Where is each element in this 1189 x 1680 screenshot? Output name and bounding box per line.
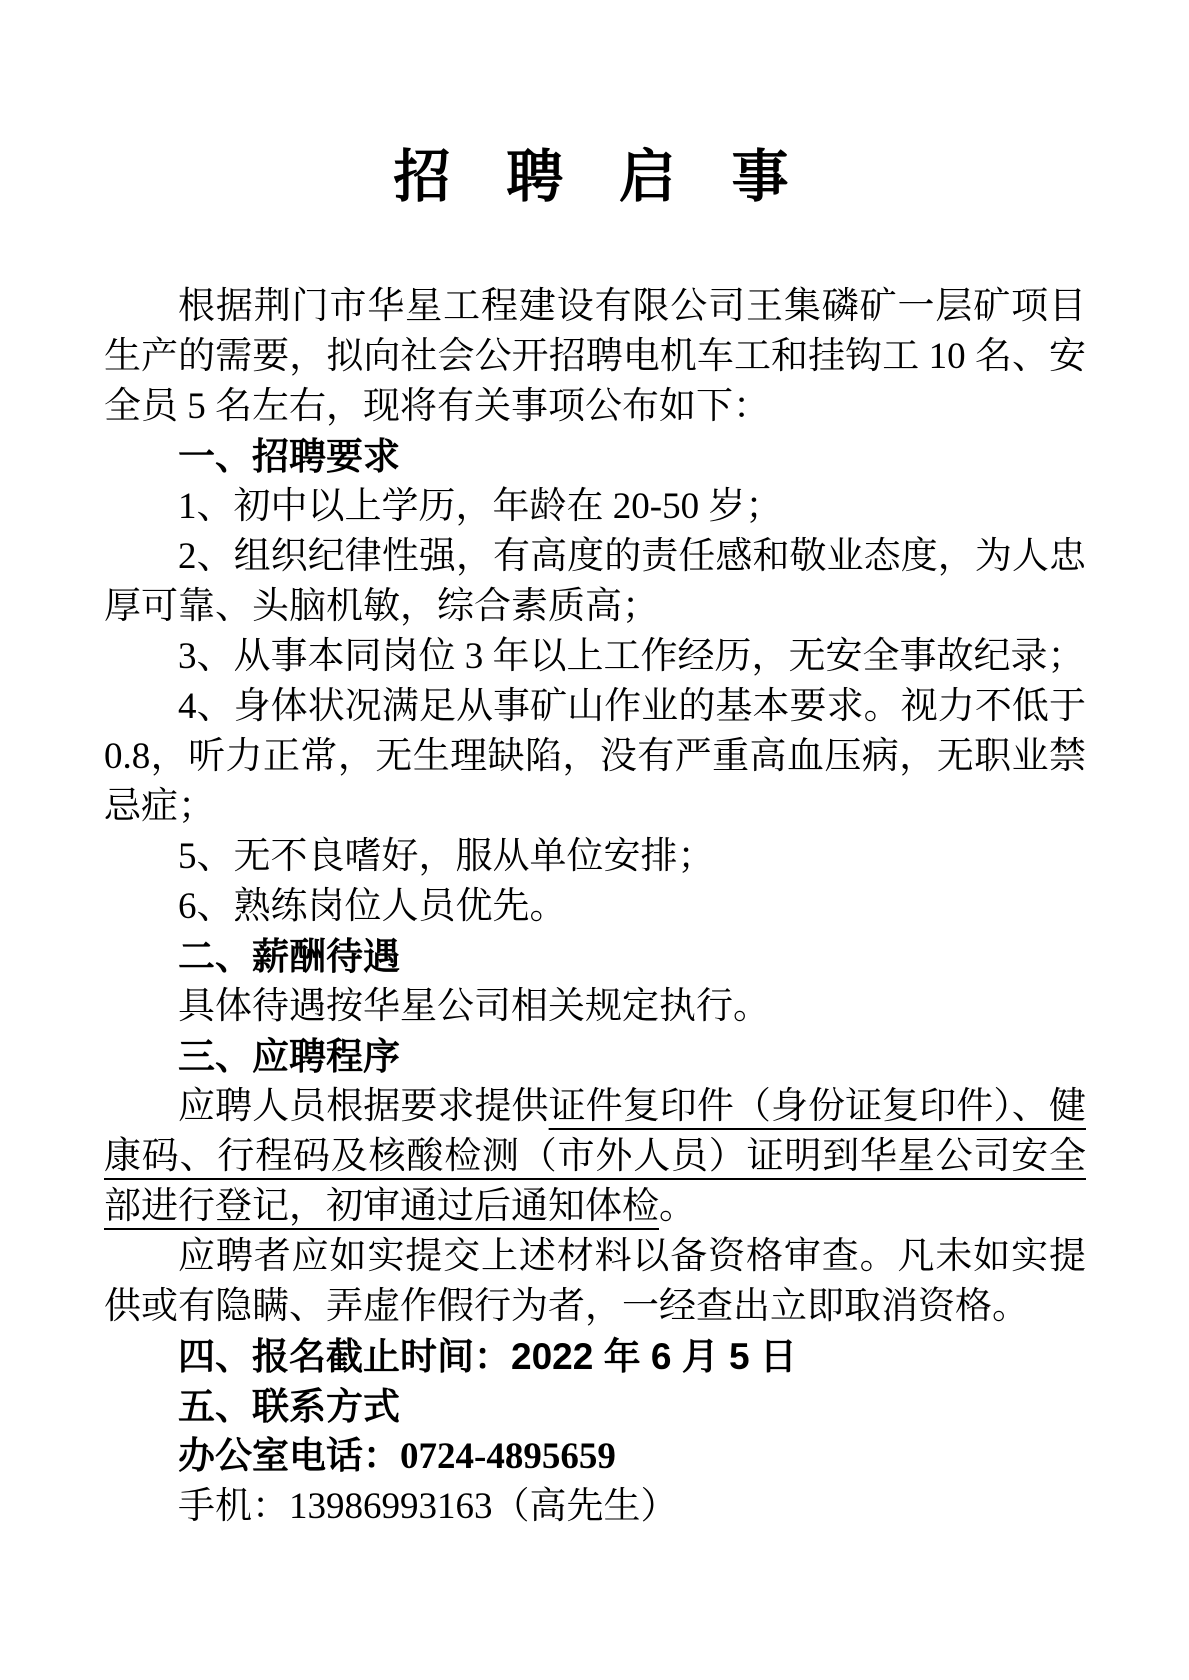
requirement-item-3: 3、从事本同岗位 3 年以上工作经历，无安全事故纪录； [104,632,1086,682]
requirement-item-5: 5、无不良嗜好，服从单位安排； [104,832,1086,882]
procedure-tail-text: 。 [659,1186,696,1227]
mobile-phone-line: 手机：13986993163（高先生） [104,1482,1086,1532]
requirement-item-6: 6、熟练岗位人员优先。 [104,882,1086,932]
section4-heading-deadline: 四、报名截止时间：2022 年 6 月 5 日 [104,1332,1086,1382]
section1-heading: 一、招聘要求 [104,432,1086,482]
section2-heading: 二、薪酬待遇 [104,932,1086,982]
intro-paragraph: 根据荆门市华星工程建设有限公司王集磷矿一层矿项目生产的需要，拟向社会公开招聘电机… [104,282,1086,432]
document-title: 招 聘 启 事 [104,146,1086,208]
section3-heading: 三、应聘程序 [104,1032,1086,1082]
review-paragraph: 应聘者应如实提交上述材料以备资格审查。凡未如实提供或有隐瞒、弄虚作假行为者，一经… [104,1232,1086,1332]
salary-paragraph: 具体待遇按华星公司相关规定执行。 [104,982,1086,1032]
office-phone-line: 办公室电话：0724-4895659 [104,1432,1086,1482]
procedure-lead-text: 应聘人员根据要求提供 [178,1086,549,1127]
requirement-item-1: 1、初中以上学历，年龄在 20-50 岁； [104,482,1086,532]
document-page: 招 聘 启 事 根据荆门市华星工程建设有限公司王集磷矿一层矿项目生产的需要，拟向… [0,0,1189,1680]
requirement-item-2: 2、组织纪律性强，有高度的责任感和敬业态度，为人忠厚可靠、头脑机敏，综合素质高； [104,532,1086,632]
requirement-item-4: 4、身体状况满足从事矿山作业的基本要求。视力不低于 0.8，听力正常，无生理缺陷… [104,682,1086,832]
procedure-paragraph: 应聘人员根据要求提供证件复印件（身份证复印件）、健康码、行程码及核酸检测（市外人… [104,1082,1086,1232]
section5-heading-contact: 五、联系方式 [104,1382,1086,1432]
